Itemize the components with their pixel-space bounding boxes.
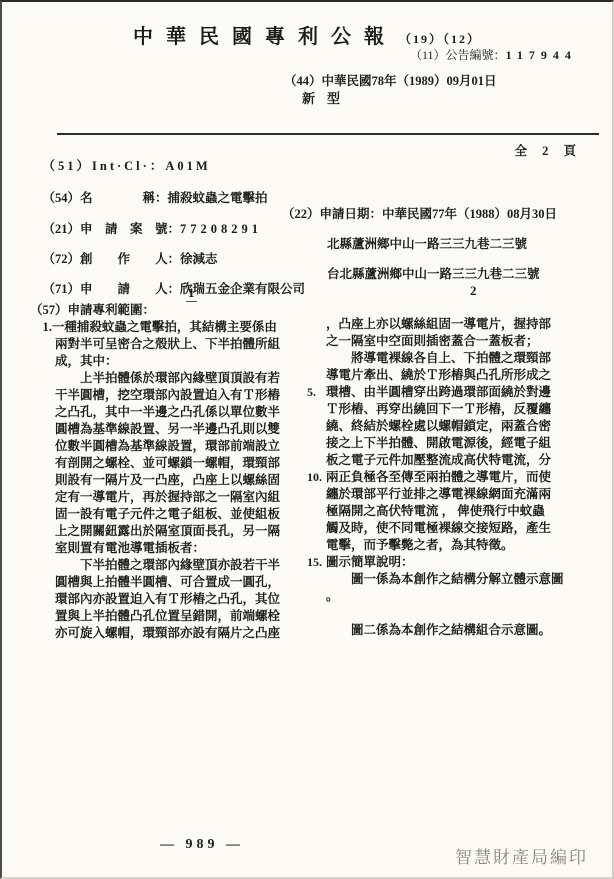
text-line: 。 [326, 588, 600, 605]
text-line: 板之電子元件加壓整流成高伏特電流，分 [326, 452, 600, 469]
text-line: 上半拍體係於環部內緣壁頂頂設有若 [30, 370, 306, 387]
text-line: 圖二係為本創作之結構組合示意圖。 [326, 622, 600, 639]
column-number-1: 1 [186, 285, 197, 302]
text-line: 有剖開之螺栓、並可螺鎖一螺帽，環頸部 [30, 455, 306, 472]
text-line: 導電片牽出、繞於Ｔ形樁與凸孔所形成之 [326, 367, 600, 384]
text-line: 則設有一隔片及一凸座，凸座上以螺絲固 [30, 472, 306, 489]
header: 中華民國專利公報（19）（12） [2, 20, 612, 49]
header-divider [57, 133, 599, 135]
announcement-number: 117944 [506, 48, 577, 62]
text-line: 圓槽與上拍體半圓槽、可合置成一圓孔， [30, 574, 306, 591]
claims-column: （57）申請專利範圍： 1.一種捕殺蚊蟲之電擊拍，其結構主要係由 兩對半可呈密合… [30, 302, 306, 642]
text-line: 電擊，而予擊斃之者，為其特徵。 [326, 537, 600, 554]
text-line: 下半拍體之環部內緣壁頂亦設若干半 [30, 557, 306, 574]
text-line: 觸及時，使不同電極裸線交接短路，產生 [326, 520, 600, 537]
int-cl-value: A01M [165, 159, 210, 173]
patent-gazette-page: 中華民國專利公報（19）（12） （11）公告編號：117944 （44）中華民… [0, 0, 614, 879]
applicant-address: 台北縣蘆洲鄉中山一路三三九巷二三號 [327, 264, 540, 282]
total-pages: 全 2 頁 [514, 141, 582, 159]
int-cl-label: （51）Int·Cl·： [43, 159, 166, 173]
body-columns: （57）申請專利範圍： 1.一種捕殺蚊蟲之電擊拍，其結構主要係由 兩對半可呈密合… [30, 302, 600, 642]
text-line: 位數半圓槽為基準線設置，環部前端設立 [30, 438, 306, 455]
column-number-2: 2 [470, 283, 477, 299]
line-number-5: 5. [307, 384, 316, 401]
text-line: 定有一導電片，再於握持部之一隔室內組 [30, 489, 306, 506]
applicant-label: （71）申 請 人： [43, 282, 181, 296]
text-line: 兩對半可呈密合之殼狀上、下半拍體所組 [30, 336, 306, 353]
text-line: 置與上半拍體凸孔位置呈錯開，前端螺栓 [30, 608, 306, 625]
title-label: （54）名 稱： [43, 191, 168, 205]
description-column: 5. 10. 15. ，凸座上亦以螺絲組固一導電片，握持部之一隔室中空面則插密蓋… [326, 302, 600, 642]
text-line: 極隔開之高伏特電流 ， 俾使飛行中蚊蟲 [326, 503, 600, 520]
text-line: 圖一係為本創作之結構分解立體示意圖 [326, 571, 600, 588]
line-number-15: 15. [307, 554, 322, 571]
text-line: 亦可旋入螺帽，環頸部亦設有隔片之凸座 [30, 625, 306, 642]
text-line: 環部內亦設置迫入有Ｔ形樁之凸孔，其位 [30, 591, 306, 608]
text-line: 成，其中： [30, 353, 306, 370]
text-line: 之一隔室中空面則插密蓋合一蓋板者； [326, 333, 600, 350]
publication-date: （44）中華民國78年（1989）09月01日 [284, 71, 497, 89]
page-number: — 989 — [160, 837, 244, 853]
text-line: 圖示簡單說明： [326, 554, 600, 571]
page-title: 中華民國專利公報 [133, 26, 397, 48]
inventor-address: 北縣蘆洲鄉中山一路三三九巷二三號 [327, 234, 527, 252]
text-line: 固一設有電子元件之電子組板、並使組板 [30, 506, 306, 523]
text-line: 將導電裸線各自上、下拍體之環頸部 [326, 350, 600, 367]
doc-type-label: 新型 [302, 88, 352, 107]
text-line: 圓槽為基準線設置、另一半邊凸孔則以雙 [30, 421, 306, 438]
text-line: 環槽、由半圓槽穿出跨過環部面繞於對邊 [326, 384, 600, 401]
applicant-name: 欣瑞五金企業有限公司 [180, 282, 305, 296]
text-line: 接之上下半拍體、開啟電源後，經電子組 [326, 435, 600, 452]
description-lines: ，凸座上亦以螺絲組固一導電片，握持部之一隔室中空面則插密蓋合一蓋板者； 將導電裸… [326, 316, 600, 639]
announcement-number-row: （11）公告編號：117944 [410, 46, 577, 63]
publisher-imprint: 智慧財產局編印 [455, 843, 588, 868]
announcement-label: （11）公告編號： [410, 48, 506, 62]
text-line: 兩正負極各至傳至兩拍體之導電片，而使 [326, 469, 600, 486]
invention-title: 捕殺蚊蟲之電擊拍 [168, 191, 268, 205]
application-date: （22）申請日期：中華民國77年（1988）08月30日 [282, 204, 557, 222]
text-line: 纏於環部平行並排之導電裸線網面充滿兩 [326, 486, 600, 503]
text-line: 繞、終結於螺栓處以螺帽鎖定，兩蓋合密 [326, 418, 600, 435]
line-number-10: 10. [307, 469, 322, 486]
text-line: （57）申請專利範圍： [30, 302, 306, 319]
text-line: 干半圓槽，挖空環部內設置迫入有Ｔ形樁 [30, 387, 306, 404]
kind-codes: （19）（12） [399, 32, 481, 46]
text-line [326, 605, 600, 622]
text-line: 室則置有電池導電插板者： [30, 540, 306, 557]
text-line: 之凸孔，其中一半邊之凸孔係以單位數半 [30, 404, 306, 421]
text-line: Ｔ形樁、再穿出繞回下一Ｔ形樁，反覆纏 [326, 401, 600, 418]
text-line: ，凸座上亦以螺絲組固一導電片，握持部 [326, 316, 600, 333]
text-line: 上之開關鈕露出於隔室頂面長孔，另一隔 [30, 523, 306, 540]
text-line: 1.一種捕殺蚊蟲之電擊拍，其結構主要係由 [30, 319, 306, 336]
